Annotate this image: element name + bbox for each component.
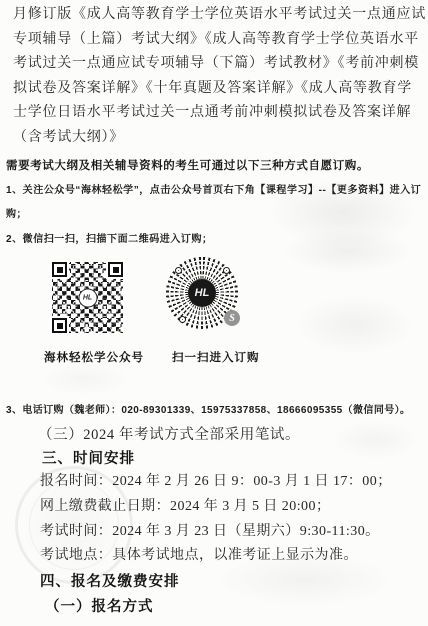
exam-time-line: 考试时间：2024 年 3 月 23 日（星期六）9:30-11:30。	[40, 520, 392, 545]
intro-line: 专项辅导（上篇）考试大纲》《成人高等教育学士学位英语水平	[13, 28, 423, 53]
order-method-2-line: 2、微信扫一扫，扫描下面二维码进入订购；	[6, 228, 421, 252]
qr-center-logo-icon: HL	[78, 288, 97, 307]
intro-line: 拟试卷及答案详解》《十年真题及答案详解》《成人高等教育学	[13, 77, 423, 102]
qr-finder-icon	[52, 262, 67, 277]
intro-line: （含考试大纲）》	[13, 126, 423, 151]
payment-deadline-line: 网上缴费截止日期：2024 年 3 月 5 日 20:00；	[40, 495, 392, 520]
scan-smudge	[40, 362, 130, 396]
qr-label-official-account: 海林轻松学公众号	[44, 349, 144, 365]
qr-label-miniprogram: 扫一扫进入订购	[172, 349, 260, 365]
qr-finder-icon	[52, 318, 67, 333]
qr-finder-icon	[108, 262, 123, 277]
order-method-3-phone: 3、电话订购（魏老师）：020-89301339、15975337858、186…	[6, 401, 410, 416]
heading-registration-method: （一）报名方式	[45, 595, 154, 616]
exam-mode-line: （三）2024 年考试方式全部采用笔试。	[38, 423, 300, 444]
intro-line: 月修订版《成人高等教育学士学位英语水平考试过关一点通应试	[13, 3, 423, 28]
order-notice: 需要考试大纲及相关辅导资料的考生可通过以下三种方式自愿订购。	[6, 157, 369, 173]
heading-time-arrangement: 三、时间安排	[42, 447, 135, 468]
order-method-1-line: 1、关注公众号“海林轻松学”，点击公众号首页右下角【课程学习】--【更多资料】进…	[6, 179, 421, 203]
intro-line: 士学位日语水平考试过关一点通考前冲刺模拟试卷及答案详解	[13, 101, 423, 126]
heading-registration-payment: 四、报名及缴费安排	[40, 570, 180, 591]
exam-location-line: 考试地点：具体考试地点，以准考证上显示为准。	[40, 544, 392, 569]
scanned-document-page: 月修订版《成人高等教育学士学位英语水平考试过关一点通应试 专项辅导（上篇）考试大…	[0, 0, 428, 626]
order-methods: 1、关注公众号“海林轻松学”，点击公众号首页右下角【课程学习】--【更多资料】进…	[6, 179, 421, 252]
miniprogram-badge-icon: S	[224, 310, 240, 326]
miniprogram-marker-icon	[223, 267, 230, 274]
miniprogram-code: HL S	[165, 256, 239, 330]
scan-smudge	[330, 420, 420, 460]
time-arrangement-lines: 报名时间：2024 年 2 月 26 日 9：00-3 月 1 日 17：00；…	[40, 470, 392, 569]
scan-smudge	[295, 295, 415, 355]
miniprogram-marker-icon	[175, 267, 182, 274]
registration-time-line: 报名时间：2024 年 2 月 26 日 9：00-3 月 1 日 17：00；	[40, 470, 392, 495]
intro-line: 考试过关一点通应试专项辅导（下篇）考试教材》《考前冲刺模	[13, 52, 423, 77]
qr-code-official-account: HL	[52, 262, 123, 333]
miniprogram-center-logo-icon: HL	[188, 279, 216, 307]
miniprogram-marker-icon	[179, 316, 186, 323]
intro-paragraph: 月修订版《成人高等教育学士学位英语水平考试过关一点通应试 专项辅导（上篇）考试大…	[13, 3, 423, 151]
order-method-1-line: 购；	[6, 203, 421, 227]
